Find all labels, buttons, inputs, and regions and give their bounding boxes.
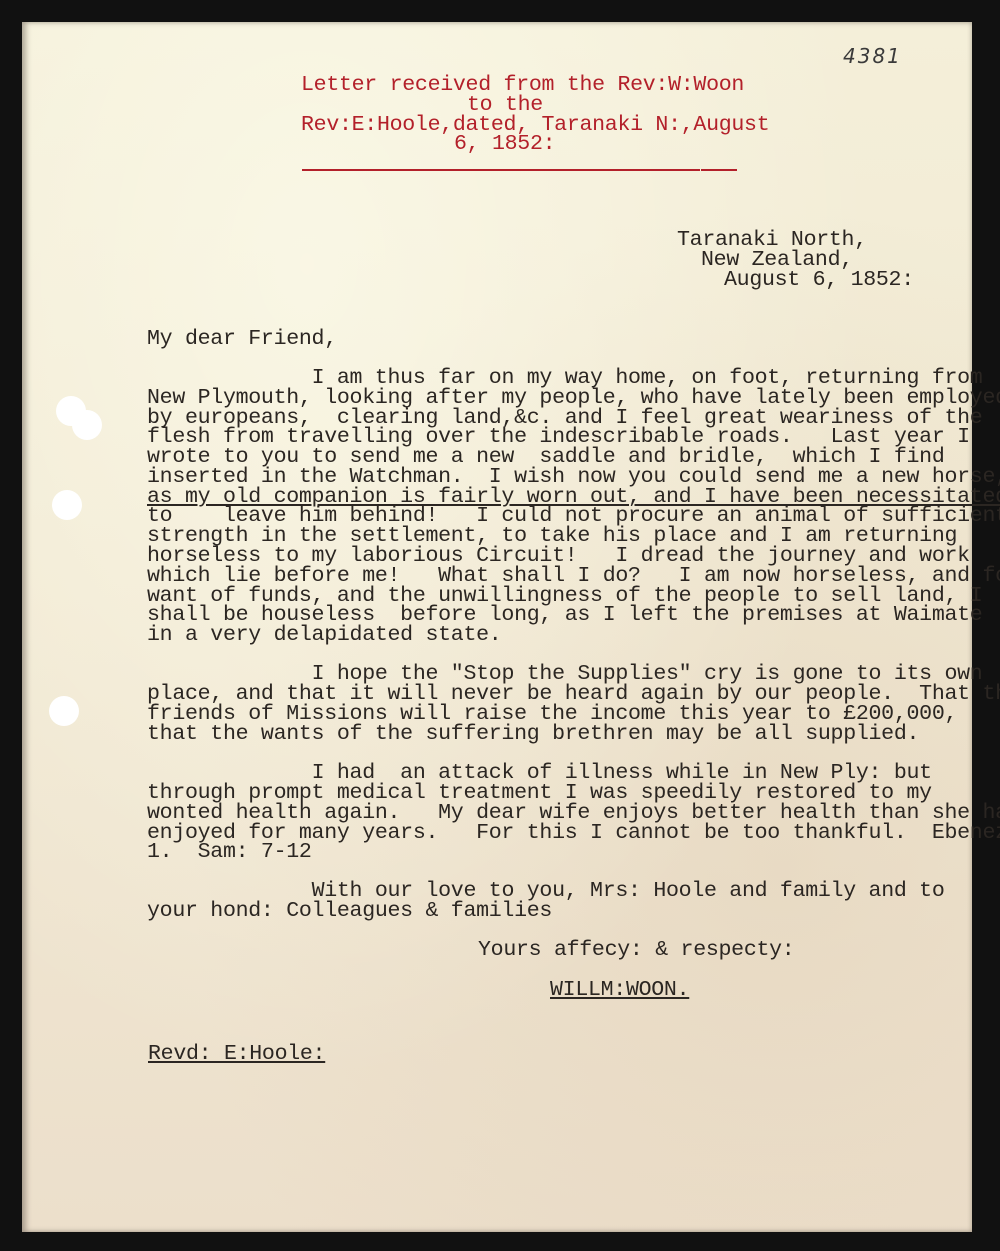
body-line: that the wants of the suffering brethren… bbox=[147, 725, 919, 745]
archive-number: 4381 bbox=[843, 44, 902, 68]
header-line-4: 6, 1852: bbox=[454, 135, 555, 155]
salutation: My dear Friend, bbox=[147, 330, 337, 350]
header-rule-end bbox=[701, 169, 737, 171]
body-line: 1. Sam: 7-12 bbox=[147, 843, 312, 863]
header-rule bbox=[302, 169, 700, 171]
addressee: Revd: E:Hoole: bbox=[148, 1045, 325, 1065]
body-line: your hond: Colleagues & families bbox=[147, 902, 552, 922]
signature: WILLM:WOON. bbox=[550, 981, 689, 1001]
address-line-3: August 6, 1852: bbox=[724, 271, 914, 291]
punch-hole bbox=[49, 696, 79, 726]
punch-hole bbox=[52, 490, 82, 520]
punch-hole bbox=[72, 410, 102, 440]
closing: Yours affecy: & respecty: bbox=[478, 941, 794, 961]
body-line: in a very delapidated state. bbox=[147, 626, 501, 646]
